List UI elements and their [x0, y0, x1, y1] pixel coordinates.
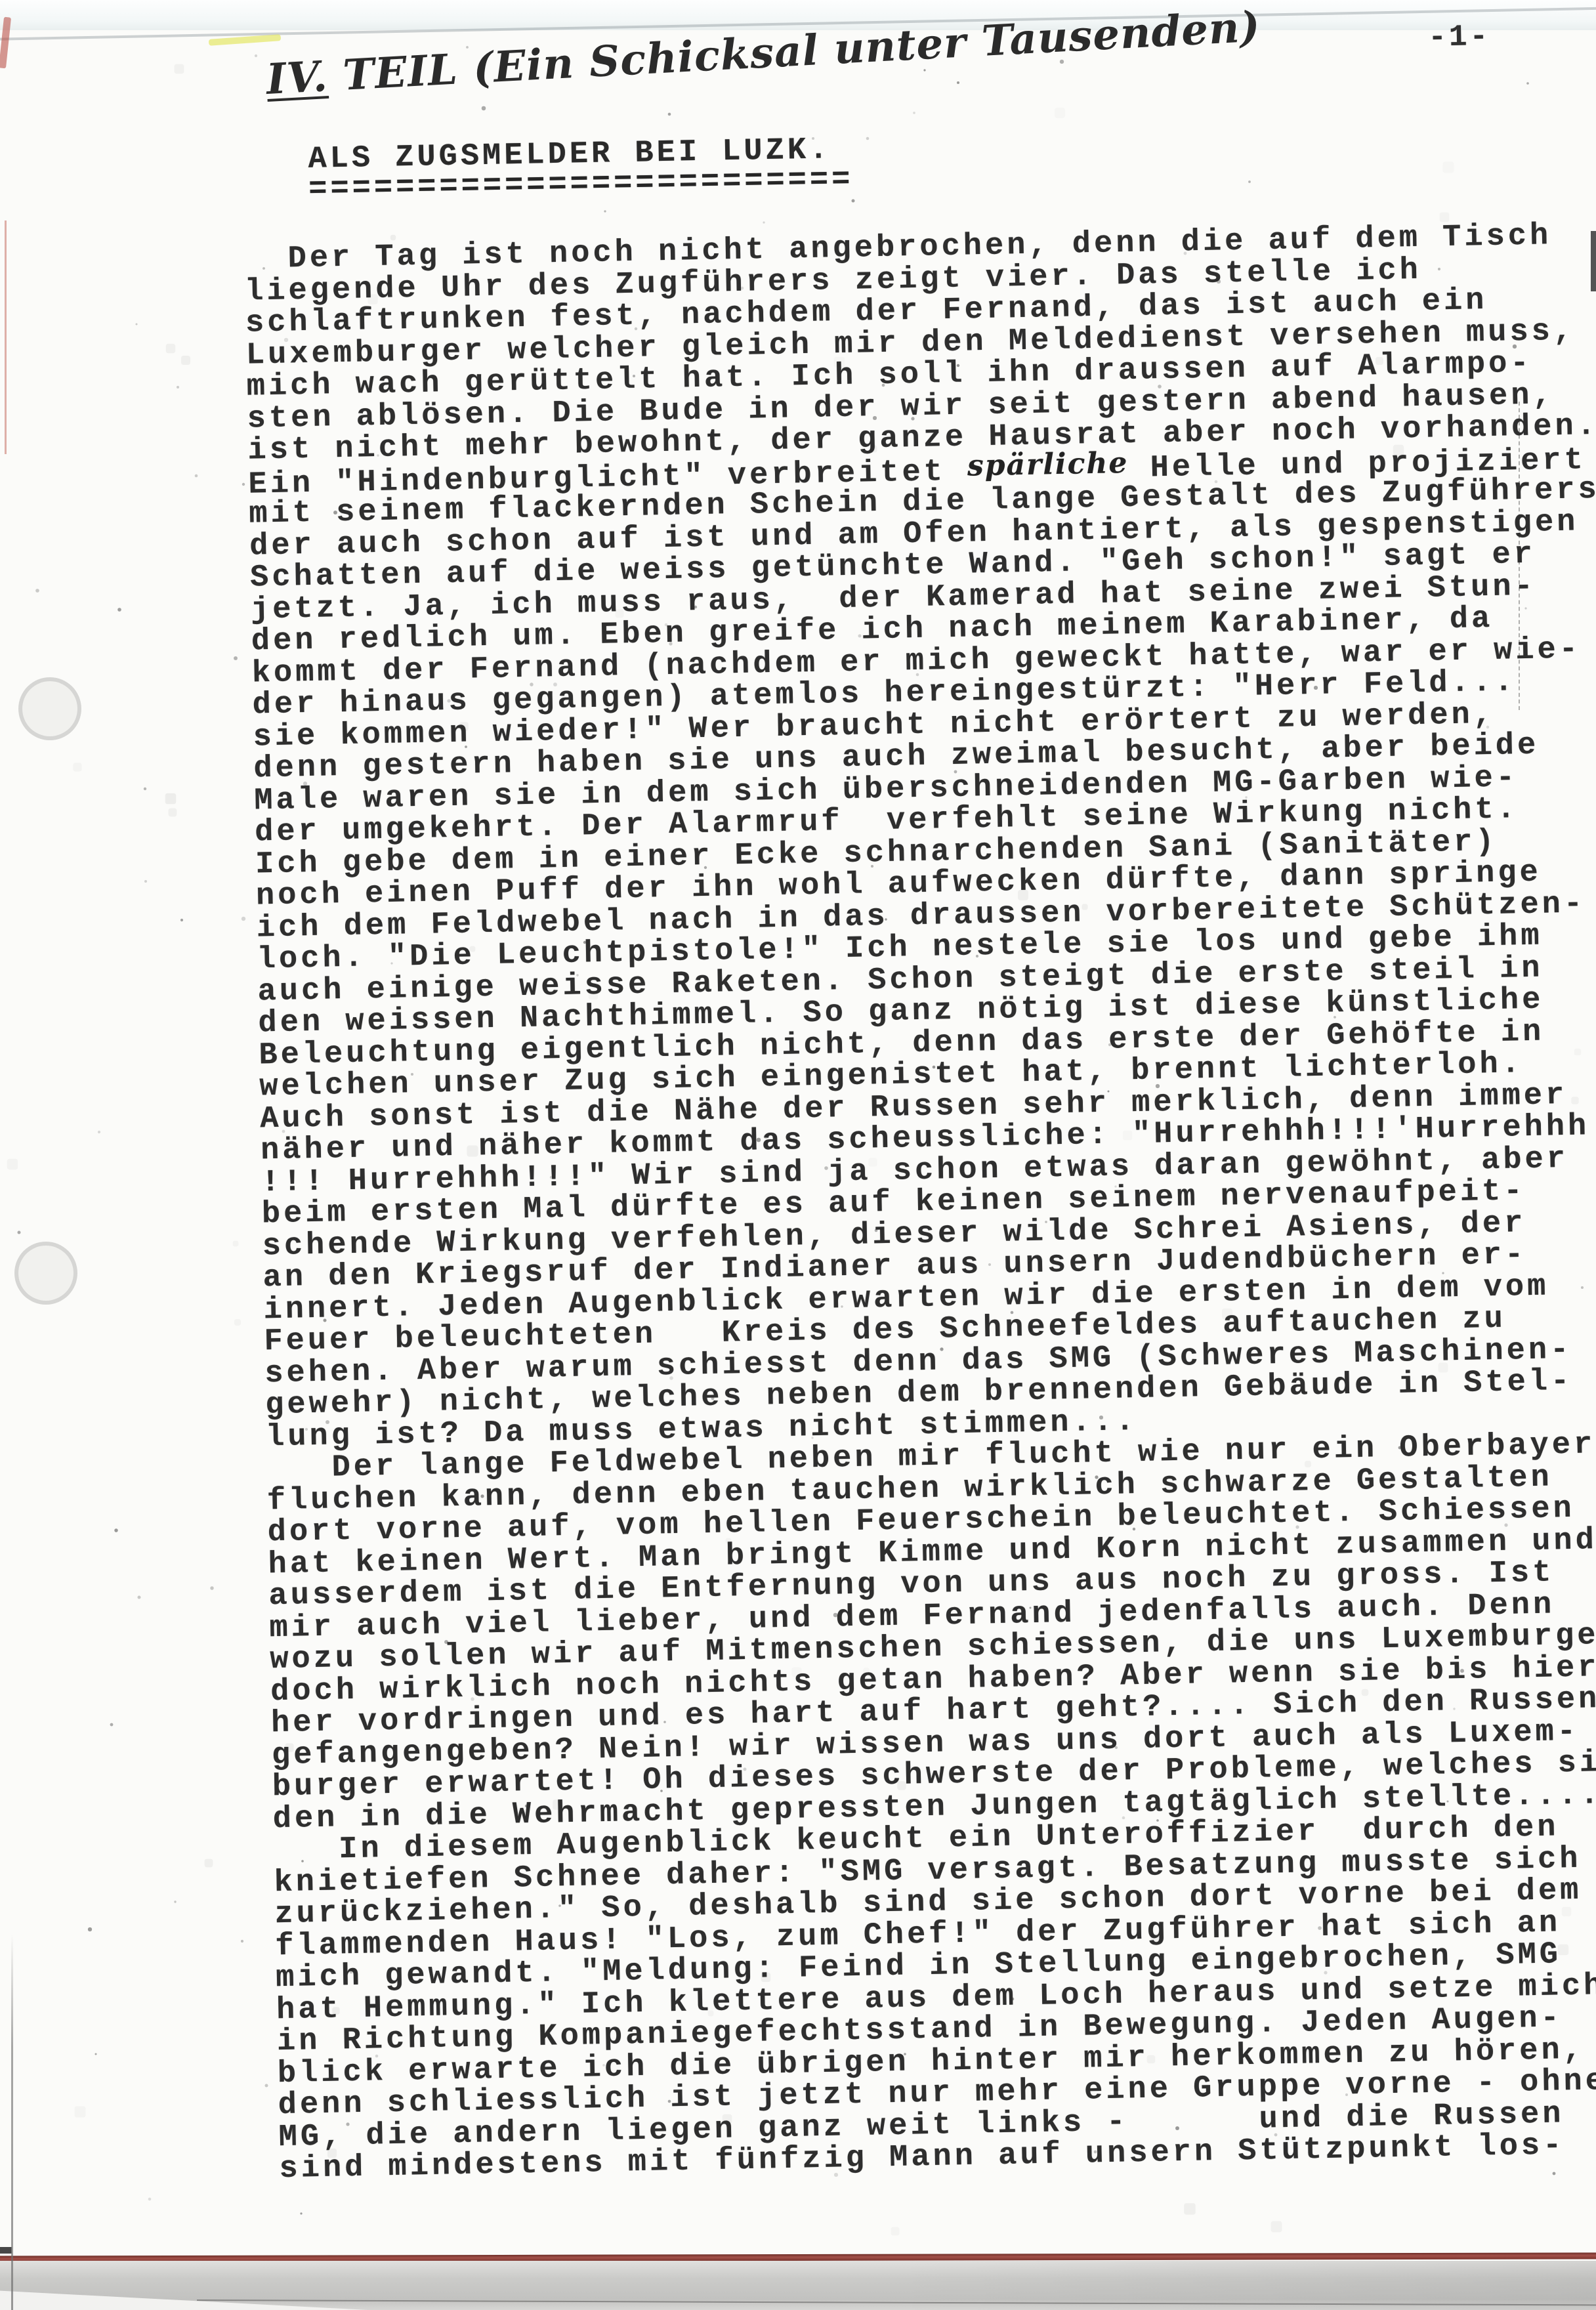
black-tick-bottom-left — [0, 2247, 12, 2254]
tilted-page-content: IV. TEIL (Ein Schicksal unter Tausenden)… — [0, 0, 1596, 2310]
left-margin-line-bottom — [11, 1935, 13, 2310]
handwritten-part-title: IV. TEIL (Ein Schicksal unter Tausenden) — [265, 2, 1261, 104]
handwritten-insert: spärliche — [967, 446, 1128, 482]
scanned-typewritten-page: IV. TEIL (Ein Schicksal unter Tausenden)… — [0, 0, 1596, 2310]
page-number: -1- — [1428, 20, 1491, 55]
handwritten-numeral: IV. — [265, 52, 329, 104]
bottom-band-noise — [0, 0, 1, 1]
typed-body-text: Der Tag ist noch nicht angebrochen, denn… — [244, 219, 1596, 2185]
handwritten-title-rest: TEIL (Ein Schicksal unter Tausenden) — [326, 2, 1261, 101]
